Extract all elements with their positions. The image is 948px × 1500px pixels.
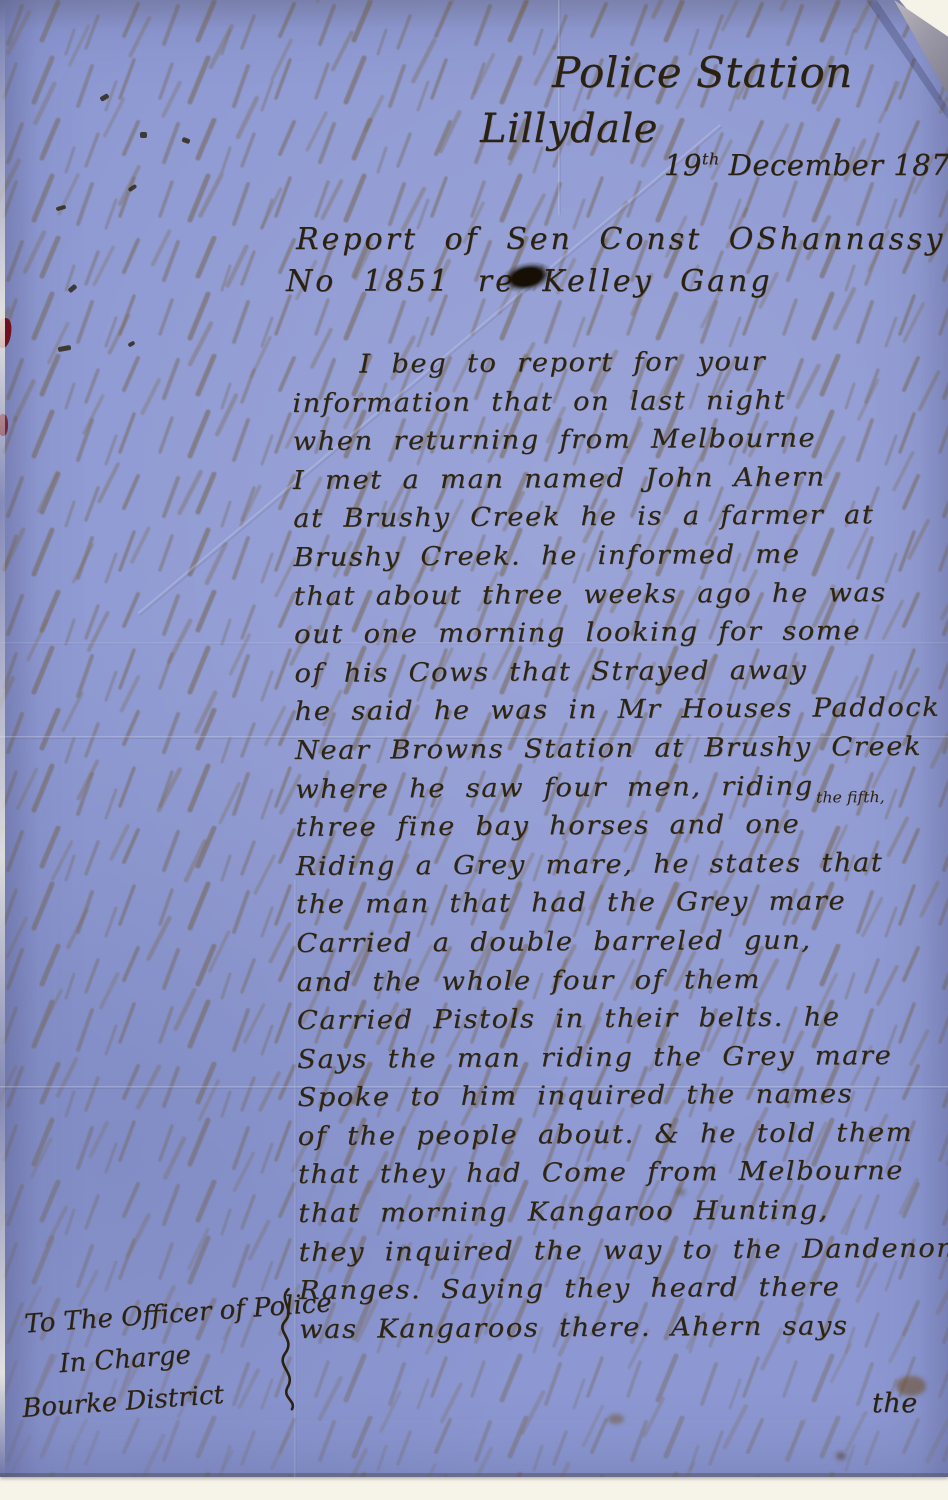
manuscript-line: Ranges. Saying they heard there (299, 1268, 948, 1311)
foxing-stain (608, 1414, 624, 1424)
pinhole (140, 132, 147, 138)
manuscript-line: Carried a double barreled gun, (296, 920, 948, 963)
address-block: To The Officer of Police In Charge Bourk… (9, 1286, 319, 1457)
header-date: 19thDecember 1878 (664, 148, 948, 182)
manuscript-line: Riding a Grey mare, he states that (296, 843, 948, 886)
catchword: the (872, 1388, 918, 1419)
manuscript-line: three fine bay horses and one (295, 805, 948, 848)
pinhole (58, 345, 72, 352)
manuscript-line: of his Cows that Strayed away (294, 650, 948, 693)
manuscript-line: they inquired the way to the Dandenong (299, 1229, 948, 1272)
manuscript-line: I met a man named John Ahern (293, 457, 948, 500)
manuscript-line: the man that had the Grey mare (296, 882, 948, 925)
manuscript-line: Spoke to him inquired the names (297, 1075, 948, 1118)
manuscript-line: when returning from Melbourne (293, 419, 948, 462)
manuscript-line: of the people about. & he told them (298, 1113, 948, 1156)
pinhole (99, 93, 109, 102)
manuscript-line: that morning Kangaroo Hunting, (298, 1190, 948, 1233)
manuscript-line: Brushy Creek. he informed me (293, 534, 948, 577)
manuscript-line: at Brushy Creek he is a farmer at (293, 496, 948, 539)
date-rest: December 1878 (729, 148, 948, 182)
interline-insertion: the fifth, (816, 788, 885, 806)
pinhole (128, 184, 138, 192)
manuscript-line: out one morning looking for some (294, 612, 948, 655)
pinhole (67, 284, 77, 294)
report-body: I beg to report for your information tha… (292, 341, 948, 1349)
manuscript-line: was Kangaroos there. Ahern says (299, 1306, 948, 1349)
torn-binding-edge (0, 0, 5, 1477)
pinhole (181, 137, 190, 144)
foxing-stain (836, 1452, 846, 1460)
letter-page: Police Station Lillydale 19thDecember 18… (0, 0, 948, 1477)
manuscript-line: that about three weeks ago he was (294, 573, 948, 616)
manuscript-line: that they had Come from Melbourne (298, 1152, 948, 1195)
manuscript-line: and the whole four of them (297, 959, 948, 1002)
manuscript-line: Carried Pistols in their belts. he (297, 997, 948, 1040)
pinhole (127, 341, 135, 348)
header-station: Police Station (552, 48, 853, 97)
manuscript-line: I beg to report for your (292, 341, 948, 384)
scanned-letter: Police Station Lillydale 19thDecember 18… (0, 0, 948, 1500)
pinhole-marks (40, 60, 210, 370)
subject-line-1: Report of Sen Const OShannassy (296, 222, 945, 257)
address-line-3: Bourke District (21, 1380, 225, 1424)
header-town: Lillydale (480, 106, 658, 152)
manuscript-line: Near Browns Station at Brushy Creek (295, 727, 948, 770)
pinhole (56, 205, 67, 211)
date-ordinal: th (702, 149, 720, 168)
manuscript-line: Says the man riding the Grey mare (297, 1036, 948, 1079)
folded-corner (840, 0, 948, 122)
date-day: 19 (664, 148, 702, 182)
manuscript-line: information that on last night (292, 380, 948, 423)
manuscript-line: he said he was in Mr Houses Paddock (295, 689, 948, 732)
address-line-2: In Charge (58, 1340, 192, 1379)
